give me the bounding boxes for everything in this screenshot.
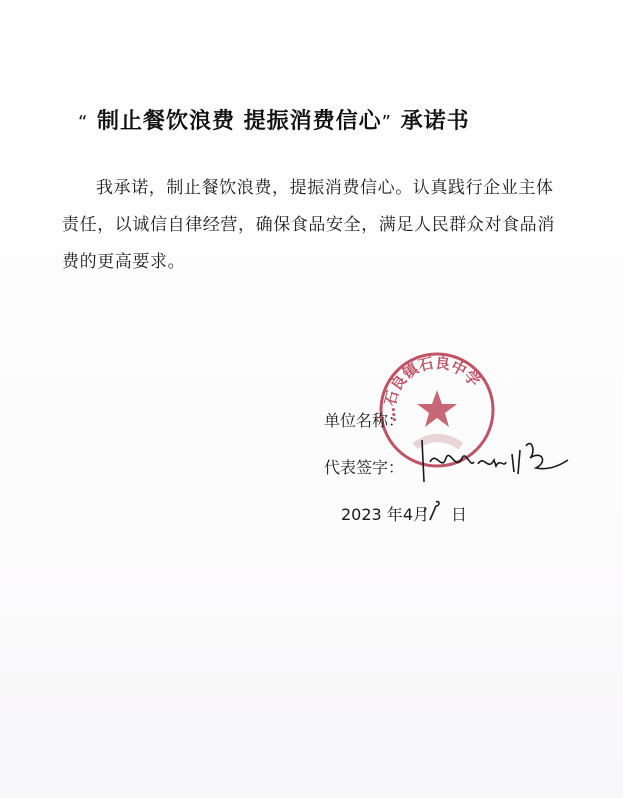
unit-name-label: 单位名称： [324,408,404,431]
title-main: 制止餐饮浪费 提振消费信心 [97,109,382,134]
handwritten-signature-icon [416,432,576,492]
handwritten-day-icon [422,498,442,522]
title-open-quote: “ [78,112,88,133]
date-day-suffix: 日 [451,505,467,524]
title-suffix: 承诺书 [401,109,470,134]
representative-label: 代表签字： [324,455,404,478]
title-close-quote: ” [382,112,392,133]
star-icon [417,390,457,427]
date-year: 2023 年 [341,505,403,524]
document-page: “ 制止餐饮浪费 提振消费信心” 承诺书 我承诺，制止餐饮浪费，提振消费信心。认… [0,0,623,798]
signing-date: 2023 年4月日 [341,502,467,525]
pledge-body: 我承诺，制止餐饮浪费，提振消费信心。认真践行企业主体责任，以诚信自律经营，确保食… [62,170,562,281]
document-title: “ 制止餐饮浪费 提振消费信心” 承诺书 [78,104,470,135]
